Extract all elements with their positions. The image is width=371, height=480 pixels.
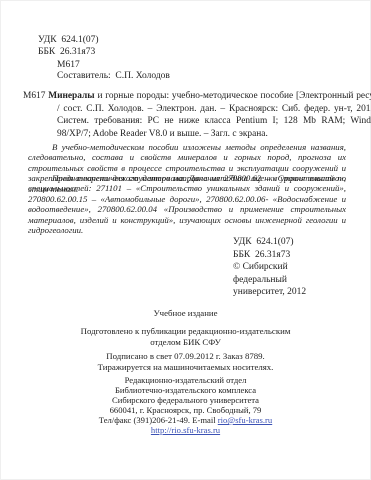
bibliographic-entry: М617 Минералы и горные породы: учебно-ме… bbox=[23, 90, 371, 141]
bib-title: Минералы bbox=[48, 91, 94, 101]
copyright-holder-line-3: университет, 2012 bbox=[233, 286, 306, 299]
email-link[interactable]: rio@sfu-kras.ru bbox=[218, 415, 272, 425]
copyright-holder-line-2: федеральный bbox=[233, 274, 306, 287]
publisher-block: Редакционно-издательский отдел Библиотеч… bbox=[0, 375, 371, 435]
document-page: УДК 624.1(07) ББК 26.31я73 М617 Составит… bbox=[0, 0, 371, 480]
edition-type: Учебное издание bbox=[0, 308, 371, 318]
publisher-contact-line: Тел/факс (391)206-21-49. E-mail rio@sfu-… bbox=[0, 415, 371, 425]
publisher-line-3: Сибирского федерального университета bbox=[0, 395, 371, 405]
book-code: М617 bbox=[57, 59, 99, 71]
copyright-holder-line-1: © Сибирский bbox=[233, 261, 306, 274]
publisher-website-line: http://rio.sfu-kras.ru bbox=[0, 425, 371, 435]
copyright-block: УДК 624.1(07) ББК 26.31я73 © Сибирский ф… bbox=[233, 236, 306, 299]
copyright-udk-line: УДК 624.1(07) bbox=[233, 236, 306, 249]
bib-description: и горные породы: учебно-методическое пос… bbox=[57, 91, 371, 139]
media-line: Тиражируется на машиночитаемых носителях… bbox=[0, 362, 371, 373]
signed-to-print-line: Подписано в свет 07.09.2012 г. Заказ 878… bbox=[0, 351, 371, 362]
compiler-line: Составитель: С.П. Холодов bbox=[57, 71, 170, 81]
prepared-line-2: отделом БИК СФУ bbox=[0, 337, 371, 348]
bbk-line: ББК 26.31я73 bbox=[38, 46, 99, 58]
publisher-line-2: Библиотечно-издательского комплекса bbox=[0, 385, 371, 395]
publisher-line-1: Редакционно-издательский отдел bbox=[0, 375, 371, 385]
bib-code: М617 bbox=[23, 91, 48, 101]
prepared-by-block: Подготовлено к публикации редакционно-из… bbox=[0, 326, 371, 347]
prepared-line-1: Подготовлено к публикации редакционно-из… bbox=[0, 326, 371, 337]
udk-line: УДК 624.1(07) bbox=[38, 34, 99, 46]
publisher-address-line: 660041, г. Красноярск, пр. Свободный, 79 bbox=[0, 405, 371, 415]
annotation-paragraph-2: Предназначено для студентов направления … bbox=[28, 173, 346, 235]
website-link[interactable]: http://rio.sfu-kras.ru bbox=[151, 425, 220, 435]
udk-bbk-header: УДК 624.1(07) ББК 26.31я73 М617 bbox=[38, 34, 99, 71]
print-info-block: Подписано в свет 07.09.2012 г. Заказ 878… bbox=[0, 351, 371, 372]
phone-email-prefix: Тел/факс (391)206-21-49. E-mail bbox=[99, 415, 218, 425]
copyright-bbk-line: ББК 26.31я73 bbox=[233, 249, 306, 262]
